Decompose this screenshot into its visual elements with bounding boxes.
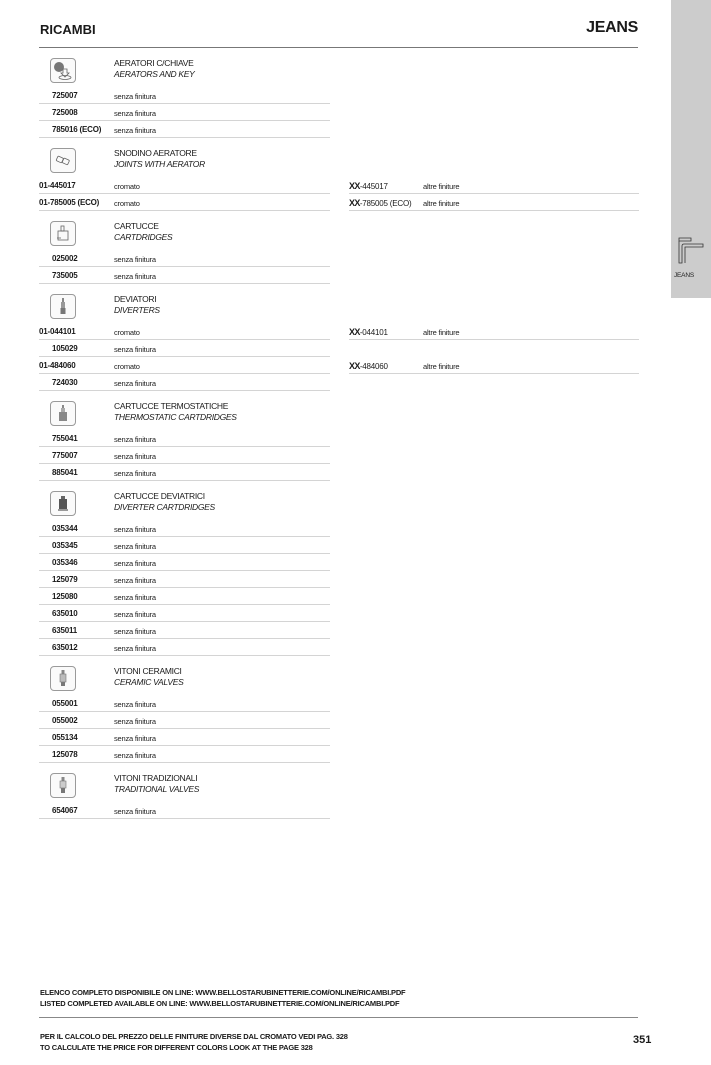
part-entry: 035345senza finitura <box>39 537 330 554</box>
part-code: 125078 <box>52 750 78 759</box>
part-row[interactable]: 635011senza finitura <box>0 622 671 639</box>
section-title-it: SNODINO AERATORE <box>114 148 197 158</box>
part-finish: senza finitura <box>114 435 156 444</box>
side-tab-label: JEANS <box>674 272 694 279</box>
section-title-it: CARTUCCE DEVIATRICI <box>114 491 205 501</box>
part-finish: senza finitura <box>114 807 156 816</box>
part-row[interactable]: 055001senza finitura <box>0 695 671 712</box>
parts-section: VITONI CERAMICICERAMIC VALVES055001senza… <box>0 664 671 771</box>
aerator-key-icon <box>50 58 76 83</box>
part-finish: senza finitura <box>114 379 156 388</box>
finish-prefix: XX <box>349 361 360 371</box>
part-row[interactable]: 105029senza finitura <box>0 340 671 357</box>
section-title-it: CARTUCCE <box>114 221 159 231</box>
part-finish: cromato <box>114 199 140 208</box>
part-code: 025002 <box>52 254 78 263</box>
section-title-en: TRADITIONAL VALVES <box>114 784 199 794</box>
part-entry: 725007senza finitura <box>39 87 330 104</box>
part-entry: 055134senza finitura <box>39 729 330 746</box>
part-entry: 635011senza finitura <box>39 622 330 639</box>
section-header: CARTUCCE DEVIATRICIDIVERTER CARTDRIDGES <box>0 489 671 520</box>
part-code: 725008 <box>52 108 78 117</box>
part-row[interactable]: 01-044101cromatoXX-044101altre finiture <box>0 323 671 340</box>
joint-aerator-icon <box>50 148 76 173</box>
spare-parts-list: AERATORI C/CHIAVEAERATORS AND KEY725007s… <box>0 56 671 827</box>
alt-finish-entry: XX-484060altre finiture <box>349 357 639 374</box>
part-finish: senza finitura <box>114 542 156 551</box>
part-finish: senza finitura <box>114 559 156 568</box>
part-code: 035344 <box>52 524 78 533</box>
part-row[interactable]: 635010senza finitura <box>0 605 671 622</box>
part-row[interactable]: 055134senza finitura <box>0 729 671 746</box>
part-code: 654067 <box>52 806 78 815</box>
part-row[interactable]: 785016 (ECO)senza finitura <box>0 121 671 138</box>
part-finish: senza finitura <box>114 92 156 101</box>
part-finish: senza finitura <box>114 525 156 534</box>
part-row[interactable]: 035344senza finitura <box>0 520 671 537</box>
part-entry: 01-445017cromato <box>39 177 330 194</box>
series-title: JEANS <box>586 19 638 37</box>
part-finish: senza finitura <box>114 593 156 602</box>
part-code: 724030 <box>52 378 78 387</box>
part-entry: 654067senza finitura <box>39 802 330 819</box>
part-finish: senza finitura <box>114 734 156 743</box>
section-title-en: DIVERTERS <box>114 305 160 315</box>
parts-section: CARTUCCECARTDRIDGES025002senza finitura7… <box>0 219 671 292</box>
part-row[interactable]: 01-445017cromatoXX-445017altre finiture <box>0 177 671 194</box>
part-code: 775007 <box>52 451 78 460</box>
section-title-en: CERAMIC VALVES <box>114 677 184 687</box>
part-entry: 01-785005 (ECO)cromato <box>39 194 330 211</box>
section-title-en: JOINTS WITH AERATOR <box>114 159 205 169</box>
part-entry: 035346senza finitura <box>39 554 330 571</box>
part-finish: senza finitura <box>114 576 156 585</box>
ceramic-valve-icon <box>50 666 76 691</box>
part-finish: senza finitura <box>114 627 156 636</box>
part-finish: senza finitura <box>114 452 156 461</box>
section-header: VITONI CERAMICICERAMIC VALVES <box>0 664 671 695</box>
part-entry: 055001senza finitura <box>39 695 330 712</box>
section-title-en: THERMOSTATIC CARTDRIDGES <box>114 412 237 422</box>
part-entry: 125079senza finitura <box>39 571 330 588</box>
alt-part-code: XX-445017 <box>349 181 388 191</box>
section-title-it: VITONI CERAMICI <box>114 666 182 676</box>
alt-finish-entry: XX-445017altre finiture <box>349 177 639 194</box>
part-finish: cromato <box>114 362 140 371</box>
part-finish: senza finitura <box>114 717 156 726</box>
series-side-tab[interactable]: JEANS <box>671 0 711 298</box>
parts-section: AERATORI C/CHIAVEAERATORS AND KEY725007s… <box>0 56 671 146</box>
page-number: 351 <box>633 1034 651 1046</box>
part-row[interactable]: 885041senza finitura <box>0 464 671 481</box>
parts-section: DEVIATORIDIVERTERS01-044101cromatoXX-044… <box>0 292 671 399</box>
part-entry: 025002senza finitura <box>39 250 330 267</box>
parts-section: CARTUCCE TERMOSTATICHETHERMOSTATIC CARTD… <box>0 399 671 489</box>
part-entry: 735005senza finitura <box>39 267 330 284</box>
part-entry: 635010senza finitura <box>39 605 330 622</box>
part-row[interactable]: 755041senza finitura <box>0 430 671 447</box>
part-entry: 125080senza finitura <box>39 588 330 605</box>
part-code: 01-785005 (ECO) <box>39 198 99 207</box>
part-entry: 775007senza finitura <box>39 447 330 464</box>
part-entry: 724030senza finitura <box>39 374 330 391</box>
finish-prefix: XX <box>349 327 360 337</box>
part-finish: senza finitura <box>114 700 156 709</box>
part-entry: 055002senza finitura <box>39 712 330 729</box>
page-title: RICAMBI <box>40 22 96 37</box>
part-row[interactable]: 654067senza finitura <box>0 802 671 819</box>
part-code: 01-445017 <box>39 181 75 190</box>
alt-part-finish: altre finiture <box>423 182 459 191</box>
footer-divider <box>39 1017 638 1018</box>
part-row[interactable]: 725008senza finitura <box>0 104 671 121</box>
part-row[interactable]: 635012senza finitura <box>0 639 671 656</box>
diverter-icon <box>50 294 76 319</box>
parts-section: SNODINO AERATOREJOINTS WITH AERATOR01-44… <box>0 146 671 219</box>
part-code: 055002 <box>52 716 78 725</box>
section-title-it: AERATORI C/CHIAVE <box>114 58 193 68</box>
part-code: 055001 <box>52 699 78 708</box>
part-code: 635012 <box>52 643 78 652</box>
section-title-en: AERATORS AND KEY <box>114 69 195 79</box>
part-row[interactable]: 735005senza finitura <box>0 267 671 284</box>
part-code: 01-484060 <box>39 361 75 370</box>
part-row[interactable]: 01-785005 (ECO)cromatoXX-785005 (ECO)alt… <box>0 194 671 211</box>
alt-part-finish: altre finiture <box>423 328 459 337</box>
alt-part-code: XX-044101 <box>349 327 388 337</box>
part-code: 125079 <box>52 575 78 584</box>
part-finish: cromato <box>114 182 140 191</box>
part-finish: senza finitura <box>114 272 156 281</box>
parts-section: VITONI TRADIZIONALITRADITIONAL VALVES654… <box>0 771 671 827</box>
part-code: 635011 <box>52 626 77 635</box>
part-code: 125080 <box>52 592 78 601</box>
online-note-en: LISTED COMPLETED AVAILABLE ON LINE: WWW.… <box>40 998 405 1009</box>
part-entry: 885041senza finitura <box>39 464 330 481</box>
thermostatic-cartridge-icon <box>50 401 76 426</box>
diverter-cartridge-icon <box>50 491 76 516</box>
part-finish: senza finitura <box>114 610 156 619</box>
traditional-valve-icon <box>50 773 76 798</box>
section-title-it: VITONI TRADIZIONALI <box>114 773 197 783</box>
cartridge-icon <box>50 221 76 246</box>
section-header: VITONI TRADIZIONALITRADITIONAL VALVES <box>0 771 671 802</box>
part-code: 055134 <box>52 733 78 742</box>
section-title-it: CARTUCCE TERMOSTATICHE <box>114 401 228 411</box>
online-note-it: ELENCO COMPLETO DISPONIBILE ON LINE: WWW… <box>40 987 405 998</box>
price-note-it: PER IL CALCOLO DEL PREZZO DELLE FINITURE… <box>40 1031 348 1042</box>
finish-prefix: XX <box>349 181 360 191</box>
part-code: 01-044101 <box>39 327 75 336</box>
part-entry: 725008senza finitura <box>39 104 330 121</box>
part-row[interactable]: 725007senza finitura <box>0 87 671 104</box>
part-code: 105029 <box>52 344 78 353</box>
section-header: CARTUCCECARTDRIDGES <box>0 219 671 250</box>
part-row[interactable]: 035345senza finitura <box>0 537 671 554</box>
part-row[interactable]: 125079senza finitura <box>0 571 671 588</box>
part-finish: cromato <box>114 328 140 337</box>
part-finish: senza finitura <box>114 644 156 653</box>
part-code: 725007 <box>52 91 78 100</box>
header-divider <box>39 47 638 48</box>
part-row[interactable]: 055002senza finitura <box>0 712 671 729</box>
part-finish: senza finitura <box>114 255 156 264</box>
part-code: 755041 <box>52 434 78 443</box>
part-entry: 105029senza finitura <box>39 340 330 357</box>
price-note-en: TO CALCULATE THE PRICE FOR DIFFERENT COL… <box>40 1042 348 1053</box>
faucet-icon <box>676 235 706 265</box>
part-row[interactable]: 125078senza finitura <box>0 746 671 763</box>
part-code: 785016 (ECO) <box>52 125 101 134</box>
part-code: 635010 <box>52 609 78 618</box>
part-finish: senza finitura <box>114 126 156 135</box>
alt-part-code: XX-785005 (ECO) <box>349 198 411 208</box>
part-finish: senza finitura <box>114 109 156 118</box>
section-header: DEVIATORIDIVERTERS <box>0 292 671 323</box>
part-entry: 755041senza finitura <box>39 430 330 447</box>
part-code: 035346 <box>52 558 78 567</box>
parts-section: CARTUCCE DEVIATRICIDIVERTER CARTDRIDGES0… <box>0 489 671 664</box>
part-entry: 125078senza finitura <box>39 746 330 763</box>
section-header: SNODINO AERATOREJOINTS WITH AERATOR <box>0 146 671 177</box>
part-row[interactable]: 01-484060cromatoXX-484060altre finiture <box>0 357 671 374</box>
alt-finish-entry: XX-044101altre finiture <box>349 323 639 340</box>
section-title-en: DIVERTER CARTDRIDGES <box>114 502 215 512</box>
section-header: CARTUCCE TERMOSTATICHETHERMOSTATIC CARTD… <box>0 399 671 430</box>
part-code: 735005 <box>52 271 78 280</box>
part-row[interactable]: 775007senza finitura <box>0 447 671 464</box>
part-entry: 785016 (ECO)senza finitura <box>39 121 330 138</box>
part-entry: 035344senza finitura <box>39 520 330 537</box>
part-finish: senza finitura <box>114 751 156 760</box>
part-row[interactable]: 724030senza finitura <box>0 374 671 391</box>
part-code: 035345 <box>52 541 78 550</box>
part-finish: senza finitura <box>114 345 156 354</box>
part-row[interactable]: 125080senza finitura <box>0 588 671 605</box>
alt-part-finish: altre finiture <box>423 199 459 208</box>
price-note: PER IL CALCOLO DEL PREZZO DELLE FINITURE… <box>40 1031 348 1053</box>
part-entry: 01-044101cromato <box>39 323 330 340</box>
alt-part-code: XX-484060 <box>349 361 388 371</box>
part-row[interactable]: 025002senza finitura <box>0 250 671 267</box>
part-code: 885041 <box>52 468 78 477</box>
finish-prefix: XX <box>349 198 360 208</box>
section-header: AERATORI C/CHIAVEAERATORS AND KEY <box>0 56 671 87</box>
part-row[interactable]: 035346senza finitura <box>0 554 671 571</box>
online-list-note: ELENCO COMPLETO DISPONIBILE ON LINE: WWW… <box>40 987 405 1009</box>
part-finish: senza finitura <box>114 469 156 478</box>
section-title-it: DEVIATORI <box>114 294 156 304</box>
alt-part-finish: altre finiture <box>423 362 459 371</box>
part-entry: 635012senza finitura <box>39 639 330 656</box>
alt-finish-entry: XX-785005 (ECO)altre finiture <box>349 194 639 211</box>
part-entry: 01-484060cromato <box>39 357 330 374</box>
section-title-en: CARTDRIDGES <box>114 232 172 242</box>
